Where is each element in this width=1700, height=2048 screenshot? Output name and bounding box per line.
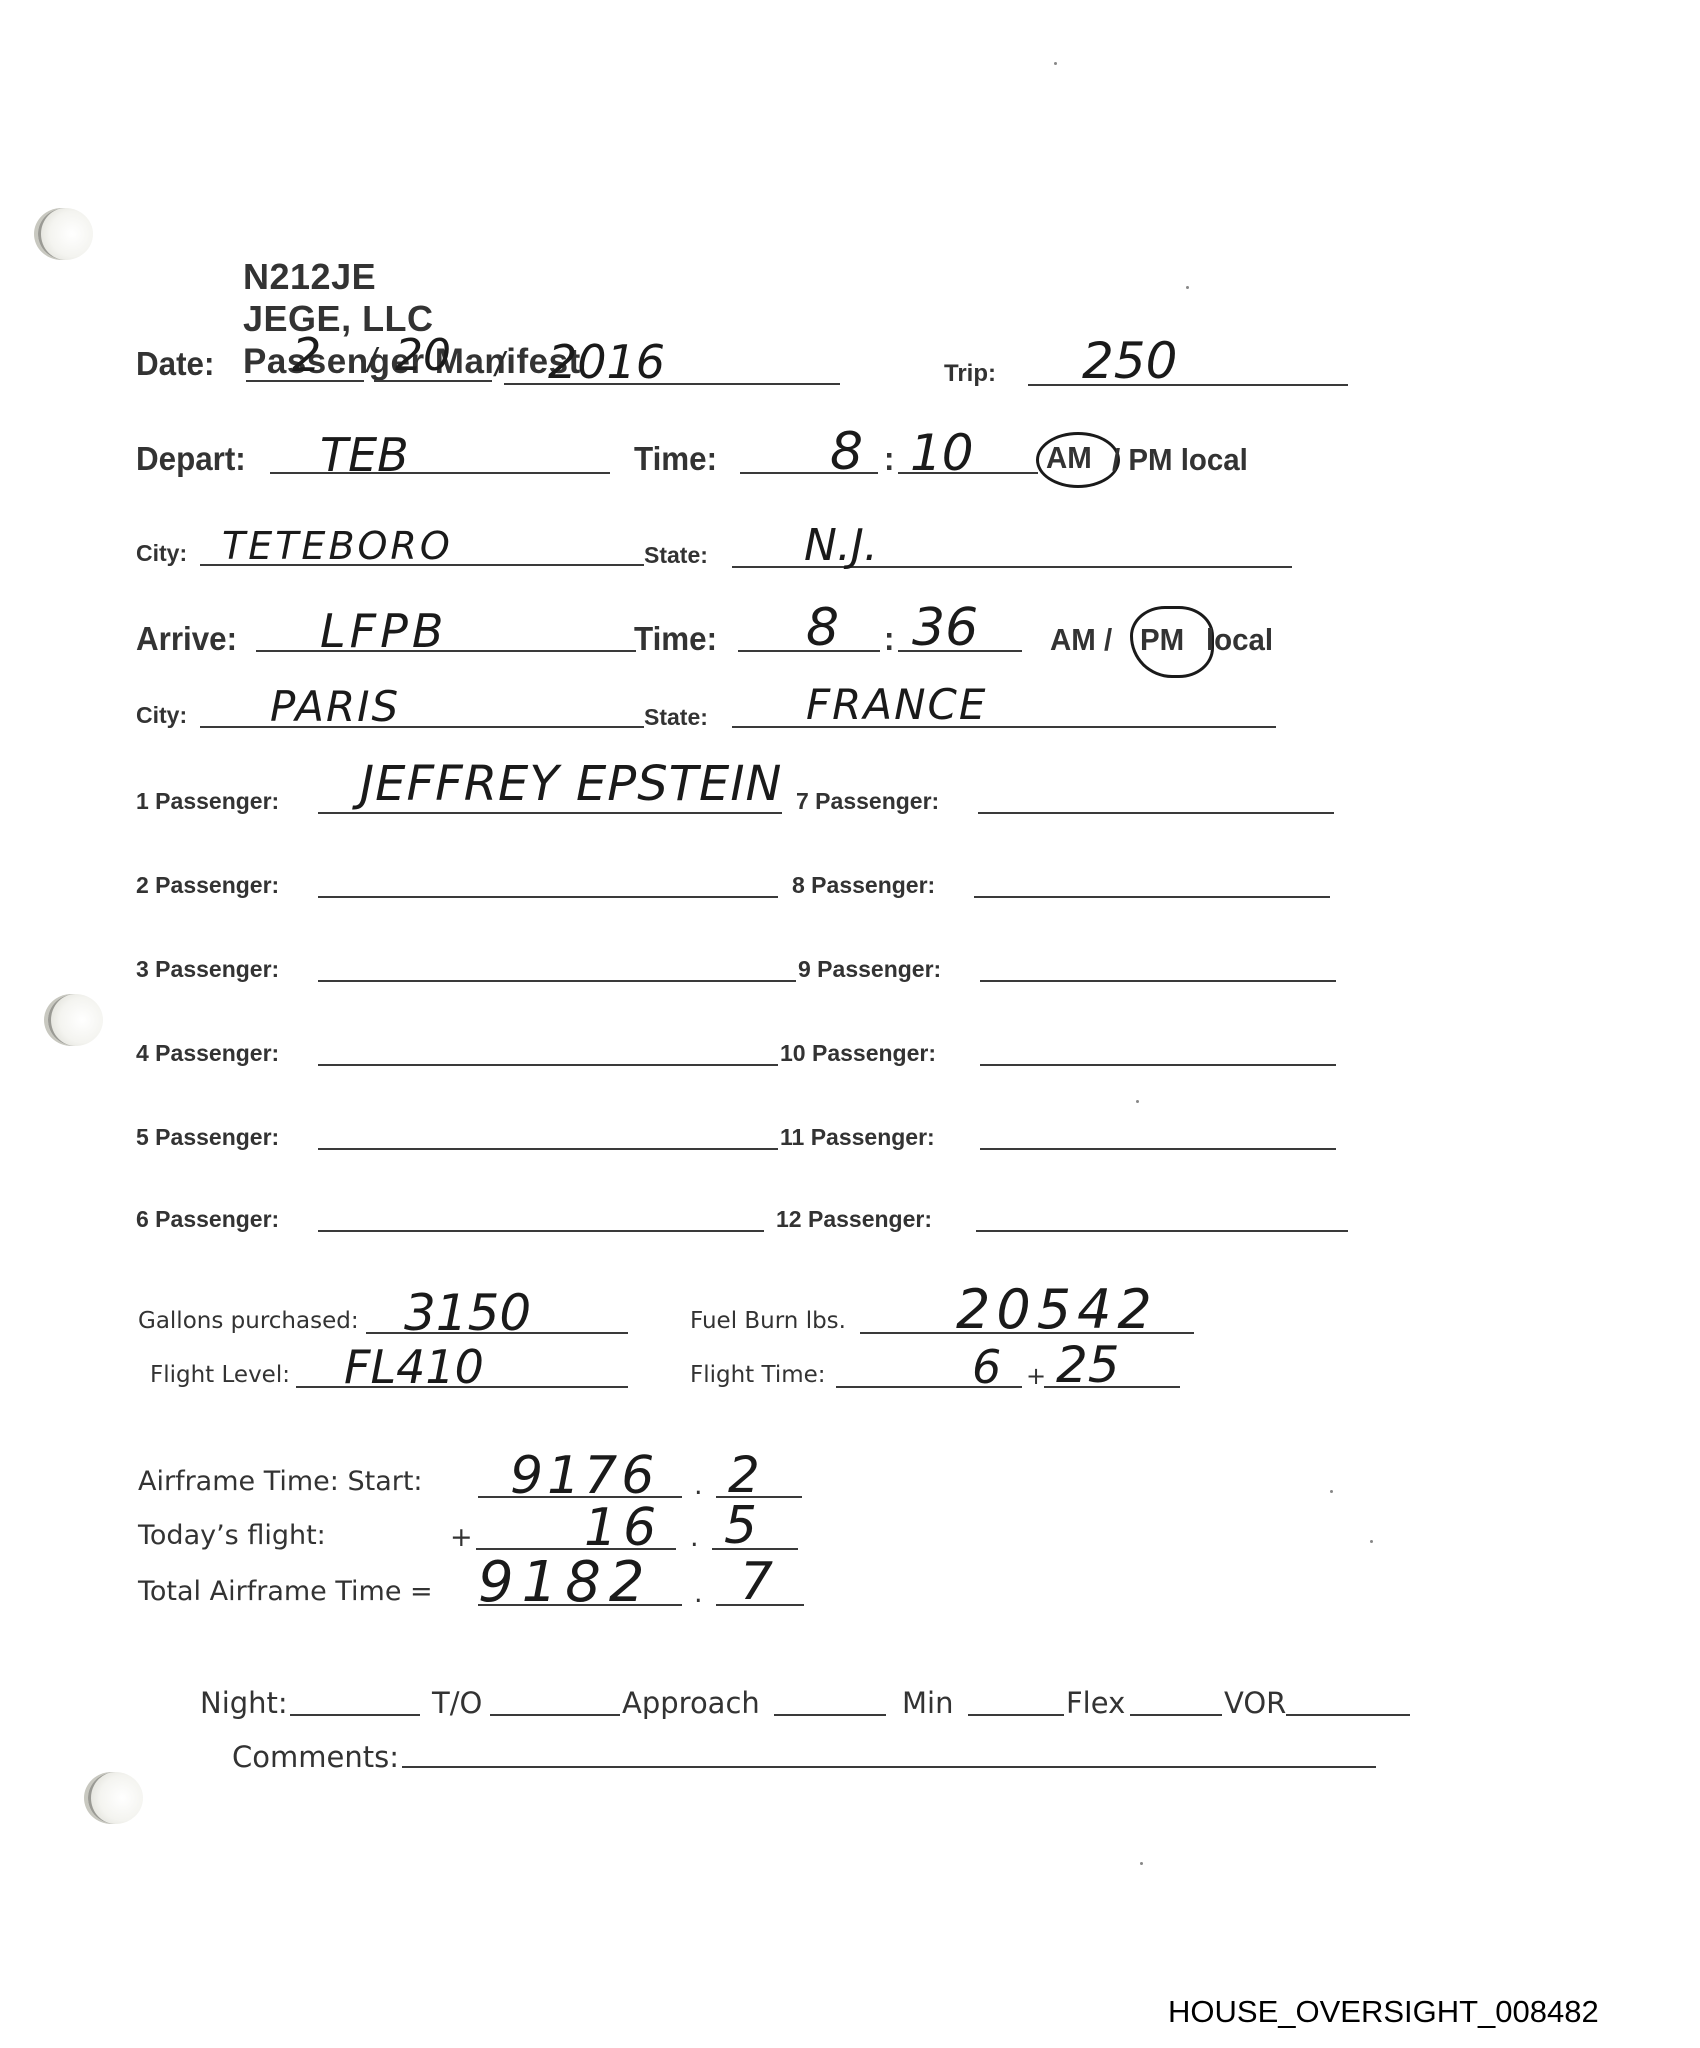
passenger-4-field[interactable] (318, 1064, 778, 1066)
fuel-burn-value: 20542 (956, 1278, 1158, 1341)
arrive-time-label: Time: (634, 620, 717, 658)
flight-time-minutes-value: 25 (1056, 1336, 1120, 1394)
arrive-state-value: FRANCE (806, 680, 987, 729)
passenger-2-field[interactable] (318, 896, 778, 898)
passenger-7-label: 7 Passenger: (796, 788, 939, 815)
passenger-5-label: 5 Passenger: (136, 1124, 279, 1151)
total-airframe-label: Total Airframe Time = (138, 1576, 433, 1607)
total-airframe-dot: . (694, 1578, 703, 1609)
passenger-10-field[interactable] (980, 1064, 1336, 1066)
depart-state-value: N.J. (804, 520, 878, 571)
todays-flight-label: Today’s flight: (138, 1520, 326, 1551)
passenger-8-label: 8 Passenger: (792, 872, 935, 899)
punch-hole-top (38, 208, 93, 260)
todays-flight-dot: . (690, 1522, 699, 1553)
passenger-9-field[interactable] (980, 980, 1336, 982)
passenger-3-label: 3 Passenger: (136, 956, 279, 983)
scan-speck (1330, 1490, 1333, 1493)
todays-flight-plus: + (450, 1522, 473, 1553)
comments-field[interactable] (402, 1766, 1376, 1768)
passenger-1-label: 1 Passenger: (136, 788, 279, 815)
arrive-minute-value: 36 (912, 598, 978, 658)
depart-hour-value: 8 (830, 422, 863, 482)
passenger-12-label: 12 Passenger: (776, 1206, 932, 1233)
passenger-1-field[interactable] (318, 812, 782, 814)
passenger-6-field[interactable] (318, 1230, 764, 1232)
flight-time-hours-value: 6 (972, 1340, 1001, 1394)
arrive-city-label: City: (136, 702, 187, 729)
todays-flight-whole-value: 16 (584, 1498, 662, 1558)
passenger-12-field[interactable] (976, 1230, 1348, 1232)
flight-level-value: FL410 (344, 1340, 484, 1394)
flight-level-label: Flight Level: (150, 1362, 290, 1388)
passenger-2-label: 2 Passenger: (136, 872, 279, 899)
date-separator: / (495, 346, 504, 385)
depart-time-label: Time: (634, 440, 717, 478)
todays-flight-tenth-value: 5 (724, 1496, 757, 1556)
bates-number: HOUSE_OVERSIGHT_008482 (1168, 1994, 1599, 2030)
passenger-8-field[interactable] (974, 896, 1330, 898)
date-day-value: 20 (395, 330, 451, 381)
depart-pm-local-label: / PM local (1112, 442, 1248, 478)
passenger-10-label: 10 Passenger: (780, 1040, 936, 1067)
arrive-city-value: PARIS (270, 682, 400, 731)
airframe-start-label: Airframe Time: Start: (138, 1466, 423, 1497)
depart-am-circle (1036, 432, 1120, 488)
passenger-9-label: 9 Passenger: (798, 956, 941, 983)
passenger-6-label: 6 Passenger: (136, 1206, 279, 1233)
gallons-label: Gallons purchased: (138, 1308, 359, 1334)
approach-field[interactable] (774, 1714, 886, 1716)
depart-airport-value: TEB (320, 428, 409, 482)
flex-field[interactable] (1130, 1714, 1222, 1716)
passenger-1-name: JEFFREY EPSTEIN (360, 756, 782, 812)
comments-label: Comments: (232, 1740, 399, 1774)
airframe-start-dot: . (694, 1470, 703, 1501)
arrive-am-option[interactable]: AM / (1050, 622, 1112, 658)
arrive-local-label: local (1206, 622, 1273, 658)
total-airframe-whole-value: 9182 (478, 1550, 653, 1615)
vor-field[interactable] (1286, 1714, 1410, 1716)
arrive-state-label: State: (644, 704, 708, 731)
to-field[interactable] (490, 1714, 620, 1716)
scan-speck (1186, 286, 1189, 289)
arrive-city-field[interactable] (200, 726, 644, 728)
date-separator: / (367, 342, 376, 381)
scan-speck (1054, 62, 1057, 65)
flight-time-label: Flight Time: (690, 1362, 826, 1388)
night-label: Night: (200, 1686, 288, 1720)
trip-value: 250 (1082, 332, 1177, 390)
passenger-3-field[interactable] (318, 980, 796, 982)
punch-hole-bottom (88, 1772, 143, 1824)
approach-label: Approach (622, 1686, 760, 1720)
passenger-4-label: 4 Passenger: (136, 1040, 279, 1067)
passenger-11-field[interactable] (980, 1148, 1336, 1150)
date-label: Date: (136, 345, 214, 383)
arrive-airport-value: LFPB (320, 604, 447, 658)
arrive-hour-value: 8 (806, 598, 839, 658)
total-airframe-tenth-value: 7 (740, 1552, 773, 1612)
vor-label: VOR (1224, 1686, 1286, 1720)
passenger-11-label: 11 Passenger: (780, 1124, 935, 1151)
scan-speck (1140, 1862, 1143, 1865)
flex-label: Flex (1066, 1686, 1125, 1720)
date-month-value: 2 (292, 328, 321, 382)
passenger-5-field[interactable] (318, 1148, 778, 1150)
arrive-pm-circle (1130, 606, 1214, 678)
fuel-burn-label: Fuel Burn lbs. (690, 1308, 846, 1334)
depart-city-value: TETEBORO (222, 524, 453, 568)
depart-state-label: State: (644, 542, 708, 569)
gallons-value: 3150 (404, 1284, 531, 1342)
trip-label: Trip: (944, 360, 996, 388)
depart-minute-value: 10 (910, 424, 974, 482)
punch-hole-middle (48, 994, 103, 1046)
to-label: T/O (432, 1686, 482, 1720)
depart-time-colon: : (884, 440, 894, 478)
trip-field[interactable] (1028, 384, 1348, 386)
depart-city-label: City: (136, 540, 187, 567)
arrive-label: Arrive: (136, 620, 237, 658)
tail-number: N212JE (243, 256, 376, 297)
arrive-time-colon: : (884, 620, 894, 658)
scan-speck (1370, 1540, 1373, 1543)
night-field[interactable] (290, 1714, 420, 1716)
min-label: Min (902, 1686, 953, 1720)
depart-label: Depart: (136, 440, 246, 478)
scan-speck (1136, 1100, 1139, 1103)
passenger-7-field[interactable] (978, 812, 1334, 814)
airframe-start-whole-value: 9176 (510, 1446, 658, 1506)
date-year-value: 2016 (548, 335, 665, 389)
min-field[interactable] (968, 1714, 1064, 1716)
